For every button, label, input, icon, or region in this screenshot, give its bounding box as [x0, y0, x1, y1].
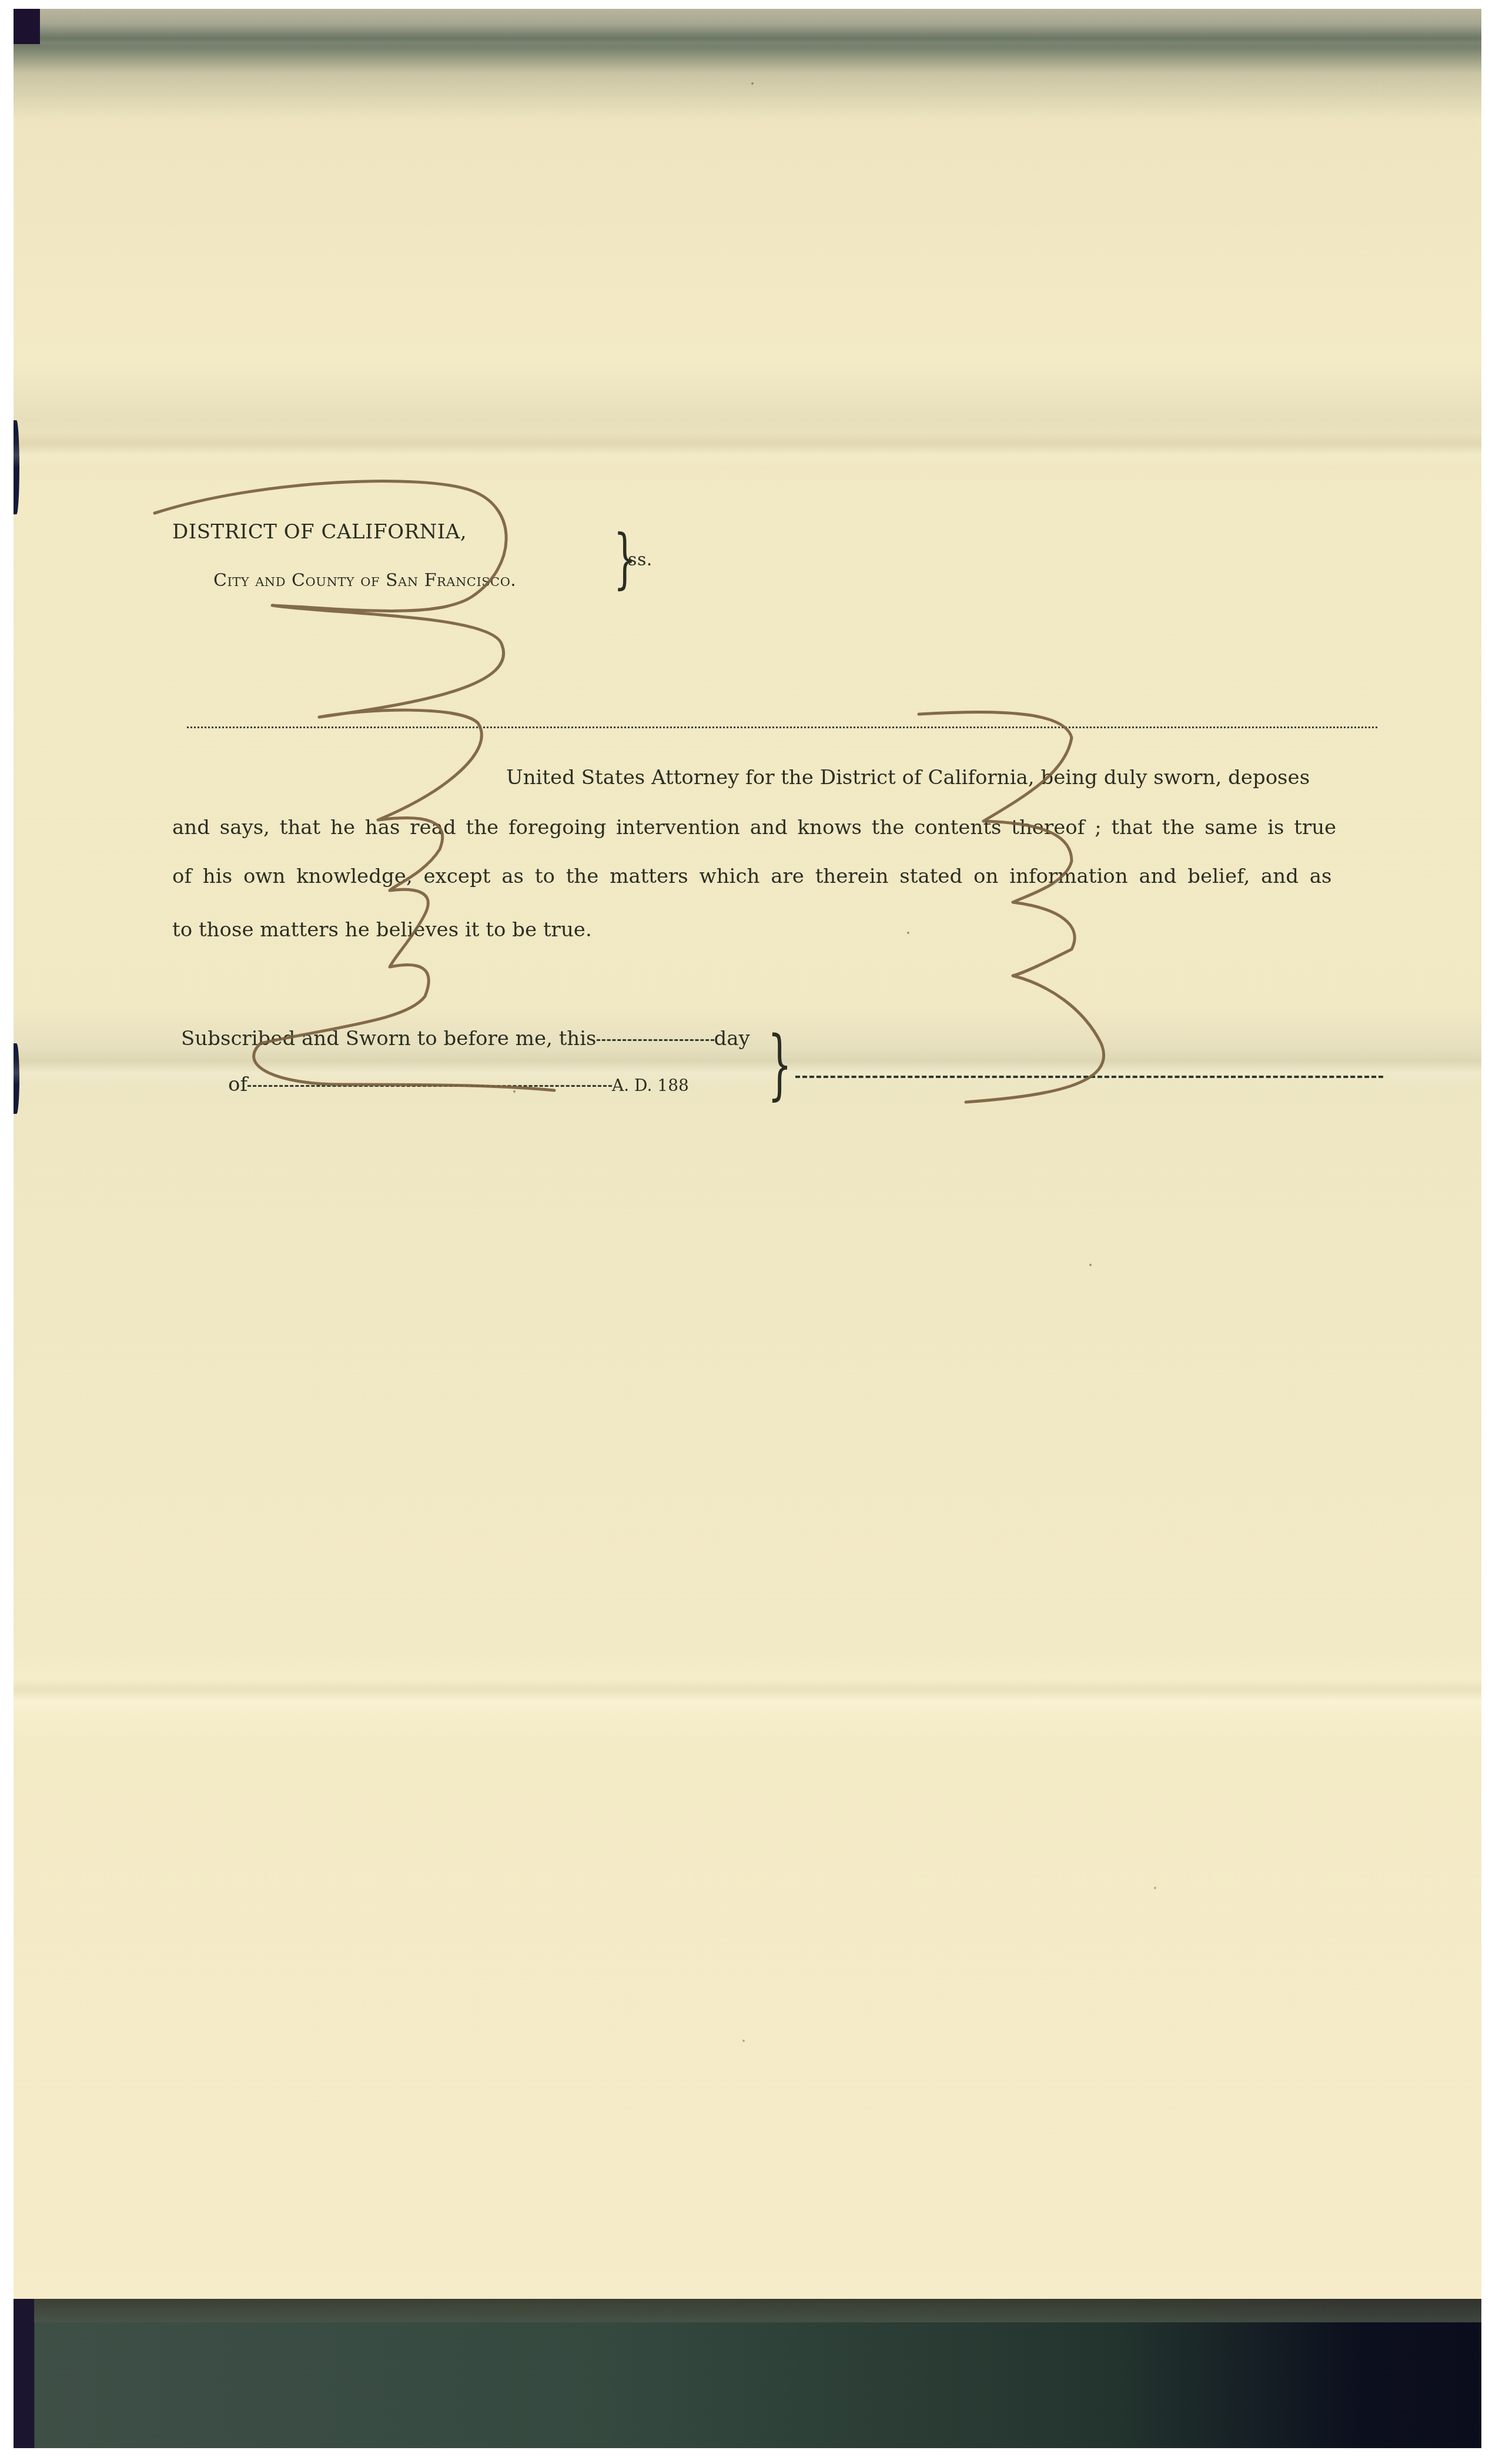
jurat-brace: } [768, 1026, 792, 1102]
fold-line [14, 432, 1481, 467]
paper-speck [1089, 1264, 1092, 1266]
caption-city-county: City and County of San Francisco. [213, 570, 516, 591]
affidavit-line-1: United States Attorney for the District … [506, 766, 1310, 789]
jurat-of: of [228, 1073, 247, 1096]
paper-speck [751, 82, 754, 85]
month-blank [247, 1085, 612, 1087]
signature-line [795, 1076, 1383, 1078]
jurat-subscribed: Subscribed and Sworn to before me, this [181, 1027, 597, 1050]
caption-ss: ss. [628, 550, 653, 570]
paper-speck [1154, 1887, 1156, 1889]
affidavit-line-2: and says, that he has read the foregoing… [172, 816, 1336, 839]
affidavit-line-4: to those matters he believes it to be tr… [172, 918, 592, 942]
scanned-page: DISTRICT OF CALIFORNIA, City and County … [14, 9, 1481, 2448]
paper-background [14, 9, 1481, 2448]
top-scan-shadow [40, 9, 1481, 50]
left-scan-edge [14, 9, 40, 2448]
paper-speck [742, 2040, 745, 2042]
name-blank-rule [187, 727, 1377, 728]
day-blank [597, 1039, 714, 1041]
jurat-day: day [714, 1027, 750, 1050]
paper-speck [907, 932, 909, 934]
jurat-ad: A. D. 188 [612, 1076, 689, 1095]
scanner-background-band [14, 2299, 1481, 2448]
paper-speck [513, 1090, 516, 1093]
affidavit-line-3: of his own knowledge, except as to the m… [172, 865, 1331, 888]
fold-line [14, 1678, 1481, 1713]
jurat-line-1: Subscribed and Sworn to before me, thisd… [181, 1027, 750, 1050]
caption-district: DISTRICT OF CALIFORNIA, [172, 520, 467, 544]
jurat-line-2: ofA. D. 188 [228, 1073, 689, 1096]
